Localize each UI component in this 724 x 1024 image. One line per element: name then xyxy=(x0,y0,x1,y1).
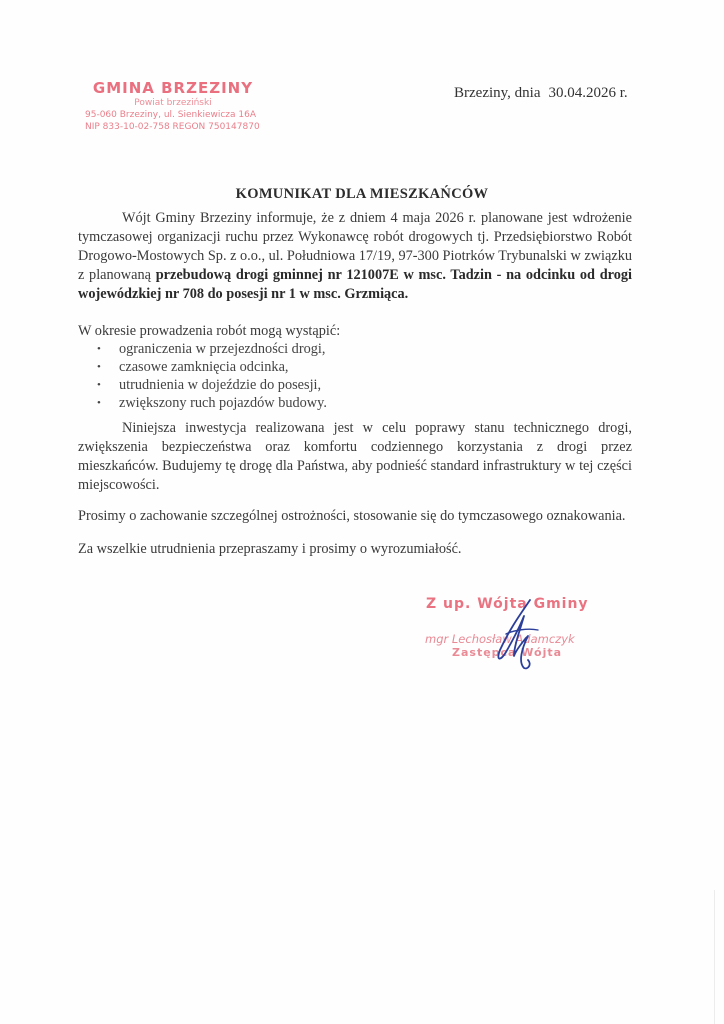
stamp-address: 95-060 Brzeziny, ul. Sienkiewicza 16A xyxy=(85,109,263,121)
paragraph-investment: Niniejsza inwestycja realizowana jest w … xyxy=(78,419,632,495)
signature-block: Z up. Wójta Gminy mgr Lechosław Adamczyk… xyxy=(410,590,610,670)
document-date: Brzeziny, dnia30.04.2026 r. xyxy=(454,85,628,102)
works-intro: W okresie prowadzenia robót mogą wystąpi… xyxy=(78,322,340,340)
date-value: 30.04.2026 r. xyxy=(549,85,628,101)
paragraph-caution: Prosimy o zachowanie szczególnej ostrożn… xyxy=(78,507,632,526)
handwritten-signature-icon xyxy=(410,590,610,675)
paragraph-announcement-bold: przebudową drogi gminnej nr 121007E w ms… xyxy=(78,267,632,302)
list-item: ograniczenia w przejezdności drogi, xyxy=(97,340,327,358)
stamp-ids: NIP 833-10-02-758 REGON 750147870 xyxy=(85,121,263,133)
list-item: czasowe zamknięcia odcinka, xyxy=(97,358,327,376)
stamp-title: GMINA BRZEZINY xyxy=(83,80,263,97)
scan-edge-line xyxy=(714,890,715,1024)
paragraph-announcement: Wójt Gminy Brzeziny informuje, że z dnie… xyxy=(78,209,632,304)
paragraph-apology: Za wszelkie utrudnienia przepraszamy i p… xyxy=(78,540,632,559)
list-item: utrudnienia w dojeździe do posesji, xyxy=(97,376,327,394)
date-place: Brzeziny, dnia xyxy=(454,85,541,101)
works-list: ograniczenia w przejezdności drogi, czas… xyxy=(97,340,327,412)
municipality-stamp: GMINA BRZEZINY Powiat brzeziński 95-060 … xyxy=(83,80,263,133)
paragraph-investment-text: Niniejsza inwestycja realizowana jest w … xyxy=(78,420,632,493)
document-title: KOMUNIKAT DLA MIESZKAŃCÓW xyxy=(0,186,724,203)
document-page: GMINA BRZEZINY Powiat brzeziński 95-060 … xyxy=(0,0,724,1024)
list-item: zwiększony ruch pojazdów budowy. xyxy=(97,394,327,412)
stamp-subtitle: Powiat brzeziński xyxy=(83,97,263,109)
